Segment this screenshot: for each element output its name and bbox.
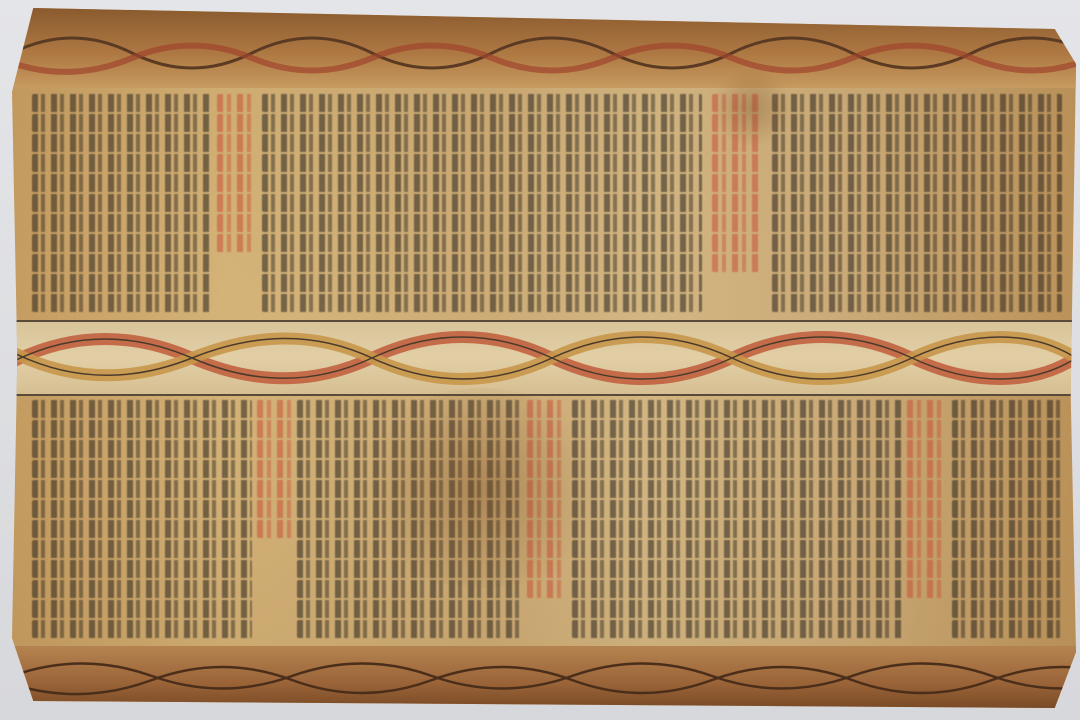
bottom-braid-pattern — [12, 646, 1076, 708]
upper-column-3 — [772, 94, 1062, 314]
lower-rubric-column-3 — [907, 400, 947, 600]
upper-column-1 — [32, 94, 212, 314]
upper-rubric-column-1 — [217, 94, 257, 254]
middle-braid-pattern — [12, 322, 1076, 394]
bottom-decorative-band — [12, 646, 1076, 708]
manuscript-parchment — [12, 8, 1076, 708]
parchment-stain — [712, 68, 792, 148]
lower-rubric-column-1 — [257, 400, 292, 540]
lower-column-1 — [32, 400, 252, 640]
lower-column-3 — [572, 400, 902, 640]
parchment-stain — [352, 388, 612, 588]
lower-column-4 — [952, 400, 1062, 640]
upper-column-2 — [262, 94, 702, 314]
upper-text-panel — [32, 94, 1062, 316]
middle-braid-divider — [12, 320, 1076, 396]
